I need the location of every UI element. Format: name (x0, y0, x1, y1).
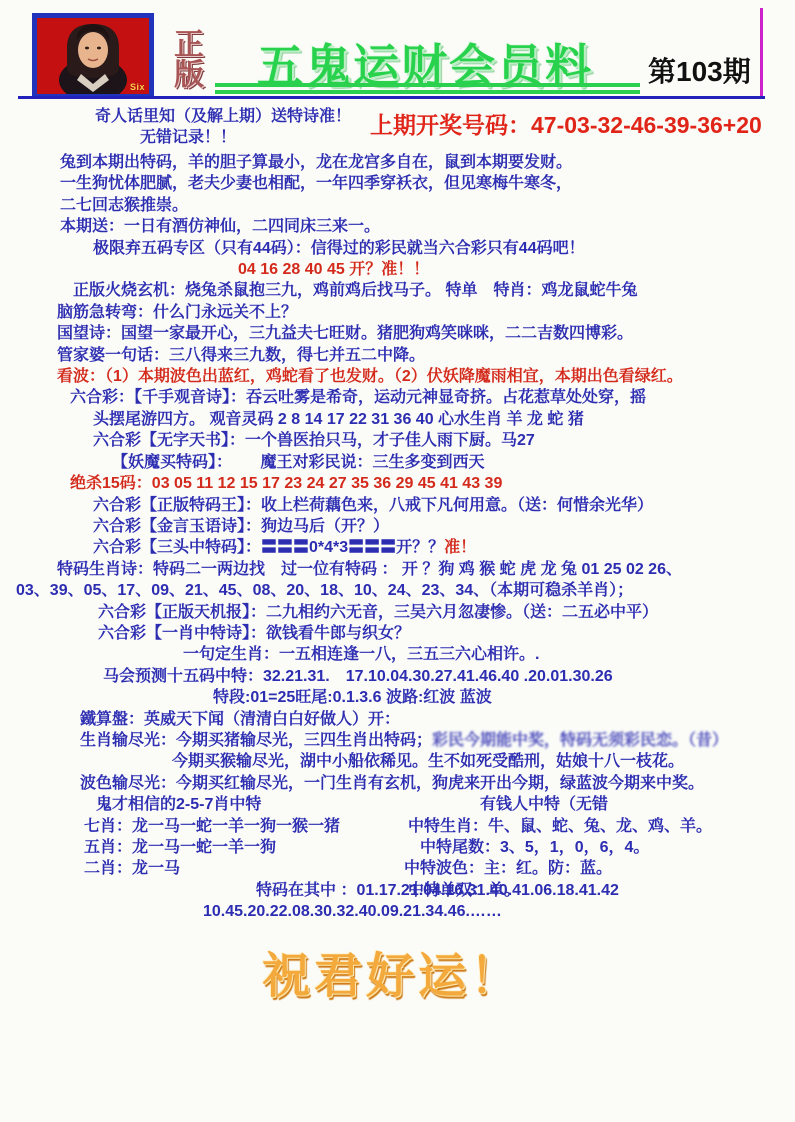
text-span: 七肖：龙一马一蛇一羊一狗一猴一猪 (84, 818, 340, 835)
text-span: 本期送：一日有酒仿神仙，二四同床三来一。 (60, 218, 380, 235)
one-sentence-zodiac-line: 一句定生肖：一五相连逢一八，三五三六心相许。. (0, 644, 795, 665)
zodiac-shujinguang-line2: 今期买猴输尽光，湖中小船依稀见。生不如死受酷刑，姑娘十八一枝花。 (0, 751, 795, 772)
title-underline (215, 83, 640, 87)
text-span: 管家婆一句话：三八得来三九数，得七并五二中降。 (57, 347, 425, 364)
wave-color-line: 看波：（1）本期波色出蓝红，鸡蛇看了也发财。（2）伏妖降魔雨相宜，本期出色看绿红… (0, 366, 795, 387)
text-span: 二七回志猴推崇。 (60, 197, 188, 214)
lottery-flyer-page: Six 正版 五鬼运财会员料 第103期 奇人话里知（及解上期）送特诗准！ 无错… (0, 0, 795, 1122)
limit-44-codes-line: 极限弃五码专区（只有44码）：信得过的彩民就当六合彩只有44码吧！ (0, 238, 795, 259)
guanyin-poem-line2: 头摆尾游四方。 观音灵码 2 8 14 17 22 31 36 40 心水生肖 … (0, 409, 795, 430)
zodiac-shujinguang-line: 生肖输尽光：今期买猪输尽光，三四生肖出特码；彩民今期能中奖，特码无须彩民恋。（昔… (0, 730, 795, 751)
text-span: 中特尾数：3、5，1，0，6，4。 (420, 837, 649, 858)
text-span: 特码在其中 ：01.17.21.04.16.31.40.41.06.18.41.… (256, 882, 619, 899)
two-col-row: 五肖：龙一马一蛇一羊一狗中特尾数：3、5，1，0，6，4。 (0, 837, 795, 858)
text-span: 彩民今期能中奖，特码无须彩民恋。（昔） (432, 732, 728, 749)
text-span: 有钱人中特（无错 (480, 794, 608, 815)
golden-words-line: 六合彩【金言玉语诗】：狗边马后（开？） (0, 516, 795, 537)
photo-caption: Six (130, 82, 145, 92)
special-code-king-line: 六合彩【正版特码王】：收上栏荷藕色来，八戒下凡何用意。（送：何惜余光华） (0, 495, 795, 516)
text-span: 鬼才相信的2-5-7肖中特 (96, 796, 261, 813)
good-luck-blessing: 祝君好运！ (262, 937, 795, 1006)
text-span: 六合彩【无字天书】：一个兽医抬只马，才子佳人雨下厨。马27 (93, 432, 535, 449)
zodiac-special-poem-line: 特码生肖诗：特码二一两边找 过一位有特码 ： 开 ？狗 鸡 猴 蛇 虎 龙 兔 … (0, 559, 795, 580)
guowang-poem-line: 国望诗：国望一家最开心，三九益夫七旺财。猪肥狗鸡笑咪咪，二二吉数四博彩。 (0, 323, 795, 344)
text-span: 国望诗：国望一家最开心，三九益夫七旺财。猪肥狗鸡笑咪咪，二二吉数四博彩。 (57, 325, 633, 342)
text-span: 鐵算盤：英威天下闻（清清白白好做人）开： (80, 711, 400, 728)
top-zone: 奇人话里知（及解上期）送特诗准！ 无错记录！！ 上期开奖号码：47-03-32-… (0, 106, 795, 150)
two-col-row: 二肖：龙一马中特波色：主：红。防：蓝。 (0, 858, 795, 879)
zodiac-special-codes-line: 03、39、05、17、09、21、45、08、20、18、10、24、23、3… (0, 580, 795, 601)
masthead-bottom-border (18, 96, 765, 99)
guanyin-poem-line: 六合彩：【千手观音诗】：吞云吐雾是希奇，运动元神显奇挤。占花惹草处处穿，摇 (0, 387, 795, 408)
text-span: 正版火烧玄机：烧兔杀鼠抱三九，鸡前鸡后找马子。 特单 特肖：鸡龙鼠蛇牛兔 (73, 282, 637, 299)
wordless-book-line: 六合彩【无字天书】：一个兽医抬只马，才子佳人雨下厨。马27 (0, 430, 795, 451)
text-span: 六合彩【金言玉语诗】：狗边马后（开？） (93, 518, 389, 535)
zodiac-poem-line: 二七回志猴推崇。 (0, 195, 795, 216)
text-span: 看波：（1）本期波色出蓝红，鸡蛇看了也发财。（2）伏妖降魔雨相宜，本期出色看绿红… (57, 368, 683, 385)
text-span: 一句定生肖：一五相连逢一八，三五三六心相许。. (183, 646, 539, 663)
last-draw-numbers: 上期开奖号码：47-03-32-46-39-36+20 (370, 107, 762, 140)
text-span: 六合彩【一肖中特诗】：欲钱看牛郎与织女？ (98, 625, 410, 642)
text-span: 准！ (444, 539, 476, 556)
title-underline (215, 90, 640, 94)
three-heads-line: 六合彩【三头中特码】：〓〓〓0*4*3〓〓〓开？？准！ (0, 537, 795, 558)
current-issue-gift-line: 本期送：一日有酒仿神仙，二四同床三来一。 (0, 216, 795, 237)
text-span: 【妖魔买特码】： 魔王对彩民说：三生多变到西天 (112, 454, 484, 471)
special-segment-line: 特段:01=25旺尾:0.1.3.6 波路:红波 蓝波 (0, 687, 795, 708)
one-zodiac-line: 六合彩【一肖中特诗】：欲钱看牛郎与织女？ (0, 623, 795, 644)
special-among-line2: 10.45.20.22.08.30.32.40.09.21.34.46.…… (0, 901, 795, 922)
text-span: 04 16 28 40 45 开？准！！ (238, 261, 429, 278)
masthead-right-border (760, 8, 763, 99)
masthead: Six 正版 五鬼运财会员料 第103期 (0, 0, 795, 100)
text-span: 特码生肖诗：特码二一两边找 过一位有特码 ： 开 ？狗 鸡 猴 蛇 虎 龙 兔 … (57, 561, 682, 578)
text-span: 兔到本期出特码，羊的胆子算最小，龙在龙宫多自在，鼠到本期要发财。 (60, 154, 572, 171)
kill-15-codes-line: 绝杀15码：03 05 11 12 15 17 23 24 27 35 36 2… (0, 473, 795, 494)
text-span: 五肖：龙一马一蛇一羊一狗 (84, 839, 276, 856)
text-span: 六合彩：【千手观音诗】：吞云吐雾是希奇，运动元神显奇挤。占花惹草处处穿，摇 (70, 389, 646, 406)
text-span: 波色输尽光：今期买红输尽光，一门生肖有玄机，狗虎来开出今期，绿蓝波今期来中奖。 (80, 775, 704, 792)
wave-shujinguang-line: 波色输尽光：今期买红输尽光，一门生肖有玄机，狗虎来开出今期，绿蓝波今期来中奖。 (0, 773, 795, 794)
text-span: 10.45.20.22.08.30.32.40.09.21.34.46.…… (203, 903, 502, 920)
text-span: 今期买猴输尽光，湖中小船依稀见。生不如死受酷刑，姑娘十八一枝花。 (172, 753, 684, 770)
zodiac-poem-line: 一生狗忧体肥腻，老夫少妻也相配，一年四季穿袄衣，但见寒梅牛寒冬， (0, 173, 795, 194)
zodiac-poem-line: 兔到本期出特码，羊的胆子算最小，龙在龙宫多自在，鼠到本期要发财。 (0, 152, 795, 173)
text-span: 生肖输尽光：今期买猪输尽光，三四生肖出特码； (80, 732, 432, 749)
text-span: 脑筋急转弯：什么门永远关不上？ (57, 304, 297, 321)
text-span: 绝杀15码：03 05 11 12 15 17 23 24 27 35 36 2… (70, 475, 502, 492)
jockey-club-15-codes-line: 马会预测十五码中特：32.21.31. 17.10.04.30.27.41.46… (0, 666, 795, 687)
discard-codes-line: 04 16 28 40 45 开？准！！ (0, 259, 795, 280)
special-among-line: 特码在其中 ：01.17.21.04.16.31.40.41.06.18.41.… (0, 880, 795, 901)
issue-number: 第103期 (648, 50, 751, 90)
text-span: 六合彩【三头中特码】：〓〓〓0*4*3〓〓〓开？？ (93, 539, 444, 556)
brain-teaser-line: 脑筋急转弯：什么门永远关不上？ (0, 302, 795, 323)
text-span: 六合彩【正版天机报】：二九相约六无音，三吴六月忽凄惨。（送：二五必中平） (98, 604, 658, 621)
two-col-row: 七肖：龙一马一蛇一羊一狗一猴一猪中特生肖：牛、鼠、蛇、兔、龙、鸡、羊。 (0, 816, 795, 837)
text-span: 二肖：龙一马 (84, 860, 180, 877)
edition-label: 正版 (162, 28, 204, 94)
text-span: 03、39、05、17、09、21、45、08、20、18、10、24、23、3… (16, 582, 633, 599)
housekeeper-line: 管家婆一句话：三八得来三九数，得七并五二中降。 (0, 345, 795, 366)
text-span: 极限弃五码专区（只有44码）：信得过的彩民就当六合彩只有44码吧！ (93, 240, 585, 257)
text-span: 一生狗忧体肥腻，老夫少妻也相配，一年四季穿袄衣，但见寒梅牛寒冬， (60, 175, 572, 192)
text-span: 六合彩【正版特码王】：收上栏荷藕色来，八戒下凡何用意。（送：何惜余光华） (93, 497, 653, 514)
heaven-report-line: 六合彩【正版天机报】：二九相约六无音，三吴六月忽凄惨。（送：二五必中平） (0, 602, 795, 623)
text-span: 马会预测十五码中特：32.21.31. 17.10.04.30.27.41.46… (103, 668, 613, 685)
text-span: 特段:01=25旺尾:0.1.3.6 波路:红波 蓝波 (213, 689, 492, 706)
iron-abacus-line: 鐵算盤：英威天下闻（清清白白好做人）开： (0, 709, 795, 730)
text-span: 中特波色：主：红。防：蓝。 (404, 858, 612, 879)
document-body: 兔到本期出特码，羊的胆子算最小，龙在龙宫多自在，鼠到本期要发财。一生狗忧体肥腻，… (0, 152, 795, 923)
text-span: 头摆尾游四方。 观音灵码 2 8 14 17 22 31 36 40 心水生肖 … (93, 411, 584, 428)
two-col-headers: 鬼才相信的2-5-7肖中特有钱人中特（无错 (0, 794, 795, 815)
fire-mystery-line: 正版火烧玄机：烧兔杀鼠抱三九，鸡前鸡后找马子。 特单 特肖：鸡龙鼠蛇牛兔 (0, 280, 795, 301)
portrait-photo: Six (32, 13, 154, 99)
text-span: 中特生肖：牛、鼠、蛇、兔、龙、鸡、羊。 (408, 816, 712, 837)
demon-special-line: 【妖魔买特码】： 魔王对彩民说：三生多变到西天 (0, 452, 795, 473)
